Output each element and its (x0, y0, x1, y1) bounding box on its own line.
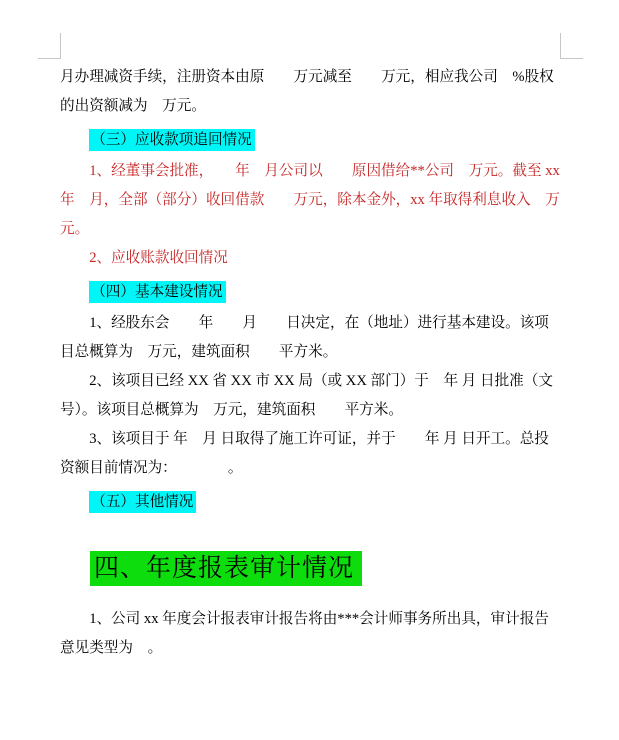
green-highlight[interactable]: 四、年度报表审计情况 (90, 551, 362, 586)
text-boundary-cropmark-top-right (560, 33, 583, 59)
paragraph-construction-decision[interactable]: 1、经股东会 年 月 日决定，在（地址）进行基本建设。该项目总概算为 万元，建筑… (60, 309, 561, 367)
section-heading-3[interactable]: （三）应收款项追回情况 (60, 126, 561, 155)
paragraph-construction-approval[interactable]: 2、该项目已经 XX 省 XX 市 XX 局（或 XX 部门）于 年 月 日批准… (60, 367, 561, 425)
section-heading-4[interactable]: （四）基本建设情况 (60, 278, 561, 307)
document-page[interactable]: 月办理减资手续，注册资本由原 万元减至 万元，相应我公司 %股权的出资额减为 万… (0, 0, 619, 740)
paragraph-receivables-recovery[interactable]: 2、应收账款收回情况 (60, 244, 561, 273)
paragraph-capital-reduction[interactable]: 月办理减资手续，注册资本由原 万元减至 万元，相应我公司 %股权的出资额减为 万… (60, 63, 561, 121)
text-boundary-cropmark-top-left (38, 33, 61, 59)
paragraph-audit-report[interactable]: 1、公司 xx 年度会计报表审计报告将由***会计师事务所出具，审计报告意见类型… (60, 605, 561, 663)
cyan-highlight[interactable]: （四）基本建设情况 (89, 281, 225, 303)
section-heading-5[interactable]: （五）其他情况 (60, 488, 561, 517)
chapter-heading-annual-audit[interactable]: 四、年度报表审计情况 (60, 550, 561, 587)
paragraph-construction-permit[interactable]: 3、该项目于 年 月 日取得了施工许可证，并于 年 月 日开工。总投资额目前情况… (60, 425, 561, 483)
cyan-highlight[interactable]: （五）其他情况 (89, 491, 196, 513)
cyan-highlight[interactable]: （三）应收款项追回情况 (89, 129, 255, 151)
document-body[interactable]: 月办理减资手续，注册资本由原 万元减至 万元，相应我公司 %股权的出资额减为 万… (60, 58, 561, 663)
paragraph-loan-recovery[interactable]: 1、经董事会批准， 年 月公司以 原因借给**公司 万元。截至 xx 年 月，全… (60, 157, 561, 244)
